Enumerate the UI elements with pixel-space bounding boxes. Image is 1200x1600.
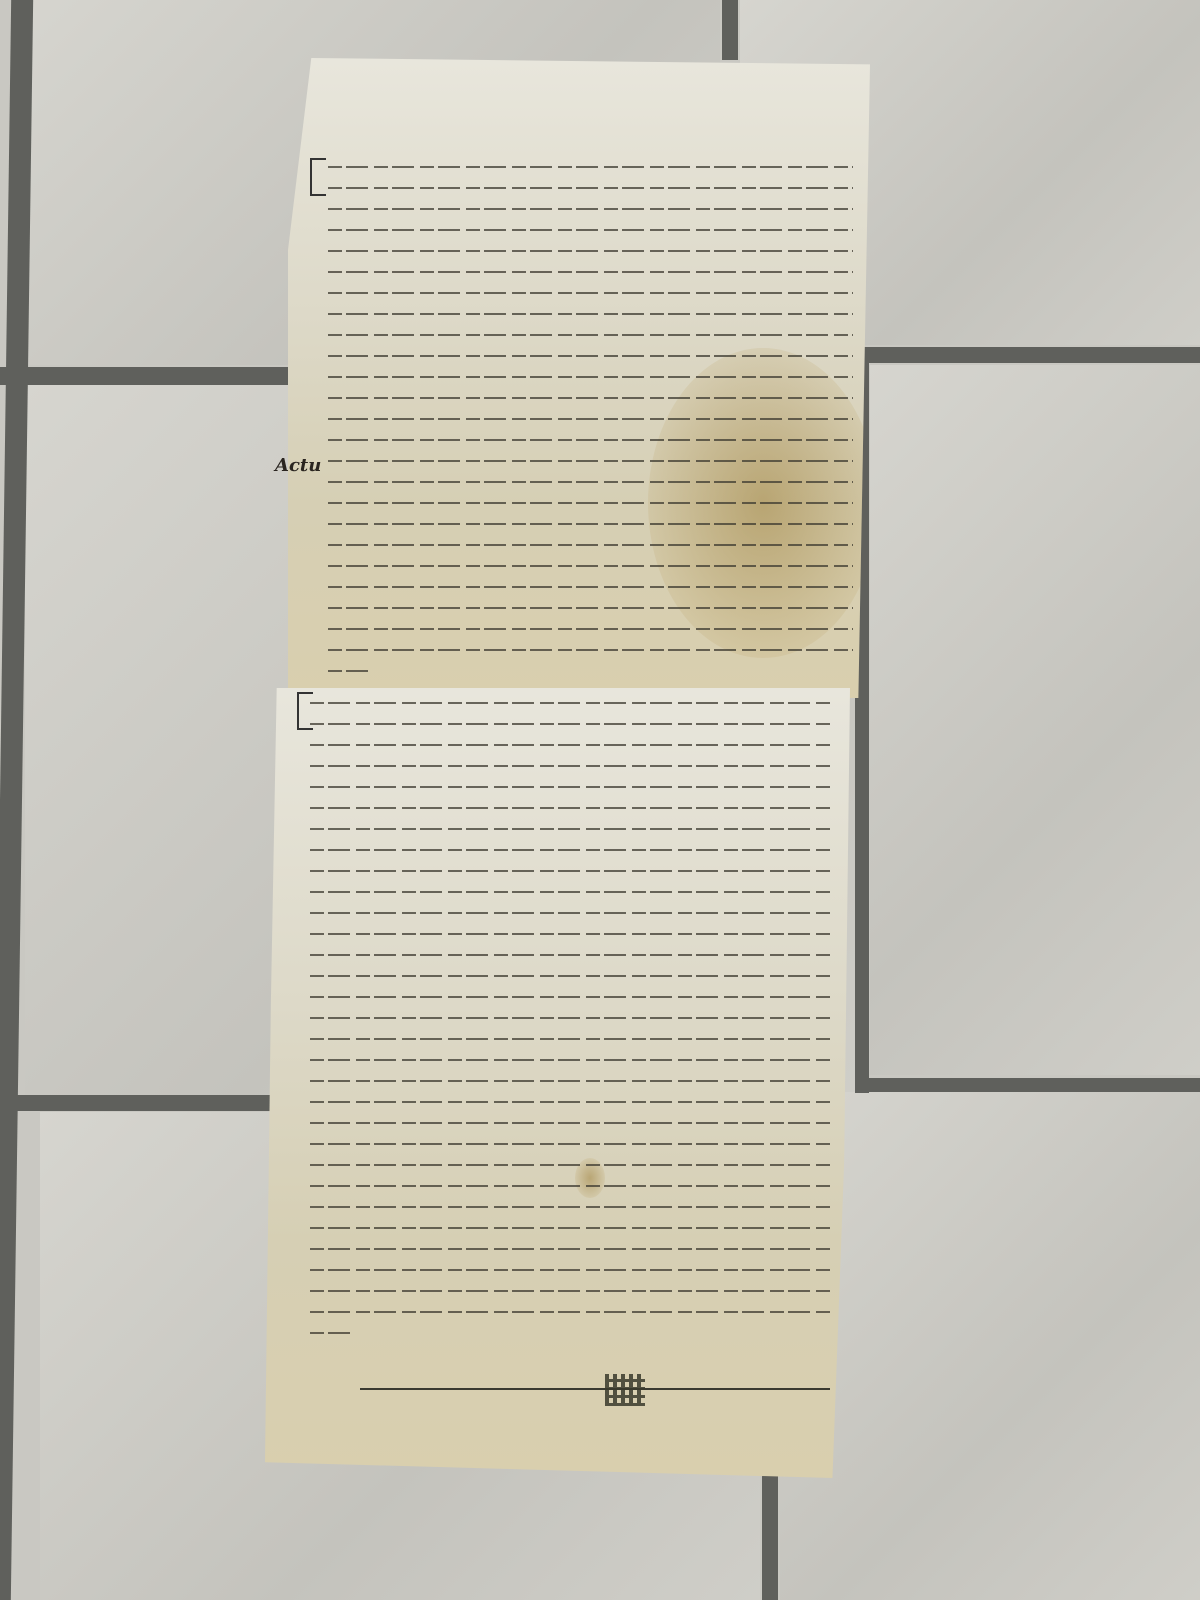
parchment-upper-sheet xyxy=(288,58,870,698)
text-lines xyxy=(310,702,830,1353)
floor-tile xyxy=(870,365,1200,1075)
tile-grout xyxy=(0,367,310,385)
tile-grout xyxy=(722,0,738,60)
margin-note: Actu xyxy=(275,455,321,476)
tile-grout xyxy=(855,1078,1200,1092)
notary-mark xyxy=(605,1374,645,1406)
tile-grout xyxy=(855,347,1200,363)
initial-letter xyxy=(310,158,326,196)
tile-grout xyxy=(762,1460,778,1600)
tile-grout xyxy=(0,1095,280,1111)
parchment-lower-sheet xyxy=(265,688,850,1478)
signature-flourish xyxy=(360,1388,830,1390)
text-lines xyxy=(328,166,853,691)
